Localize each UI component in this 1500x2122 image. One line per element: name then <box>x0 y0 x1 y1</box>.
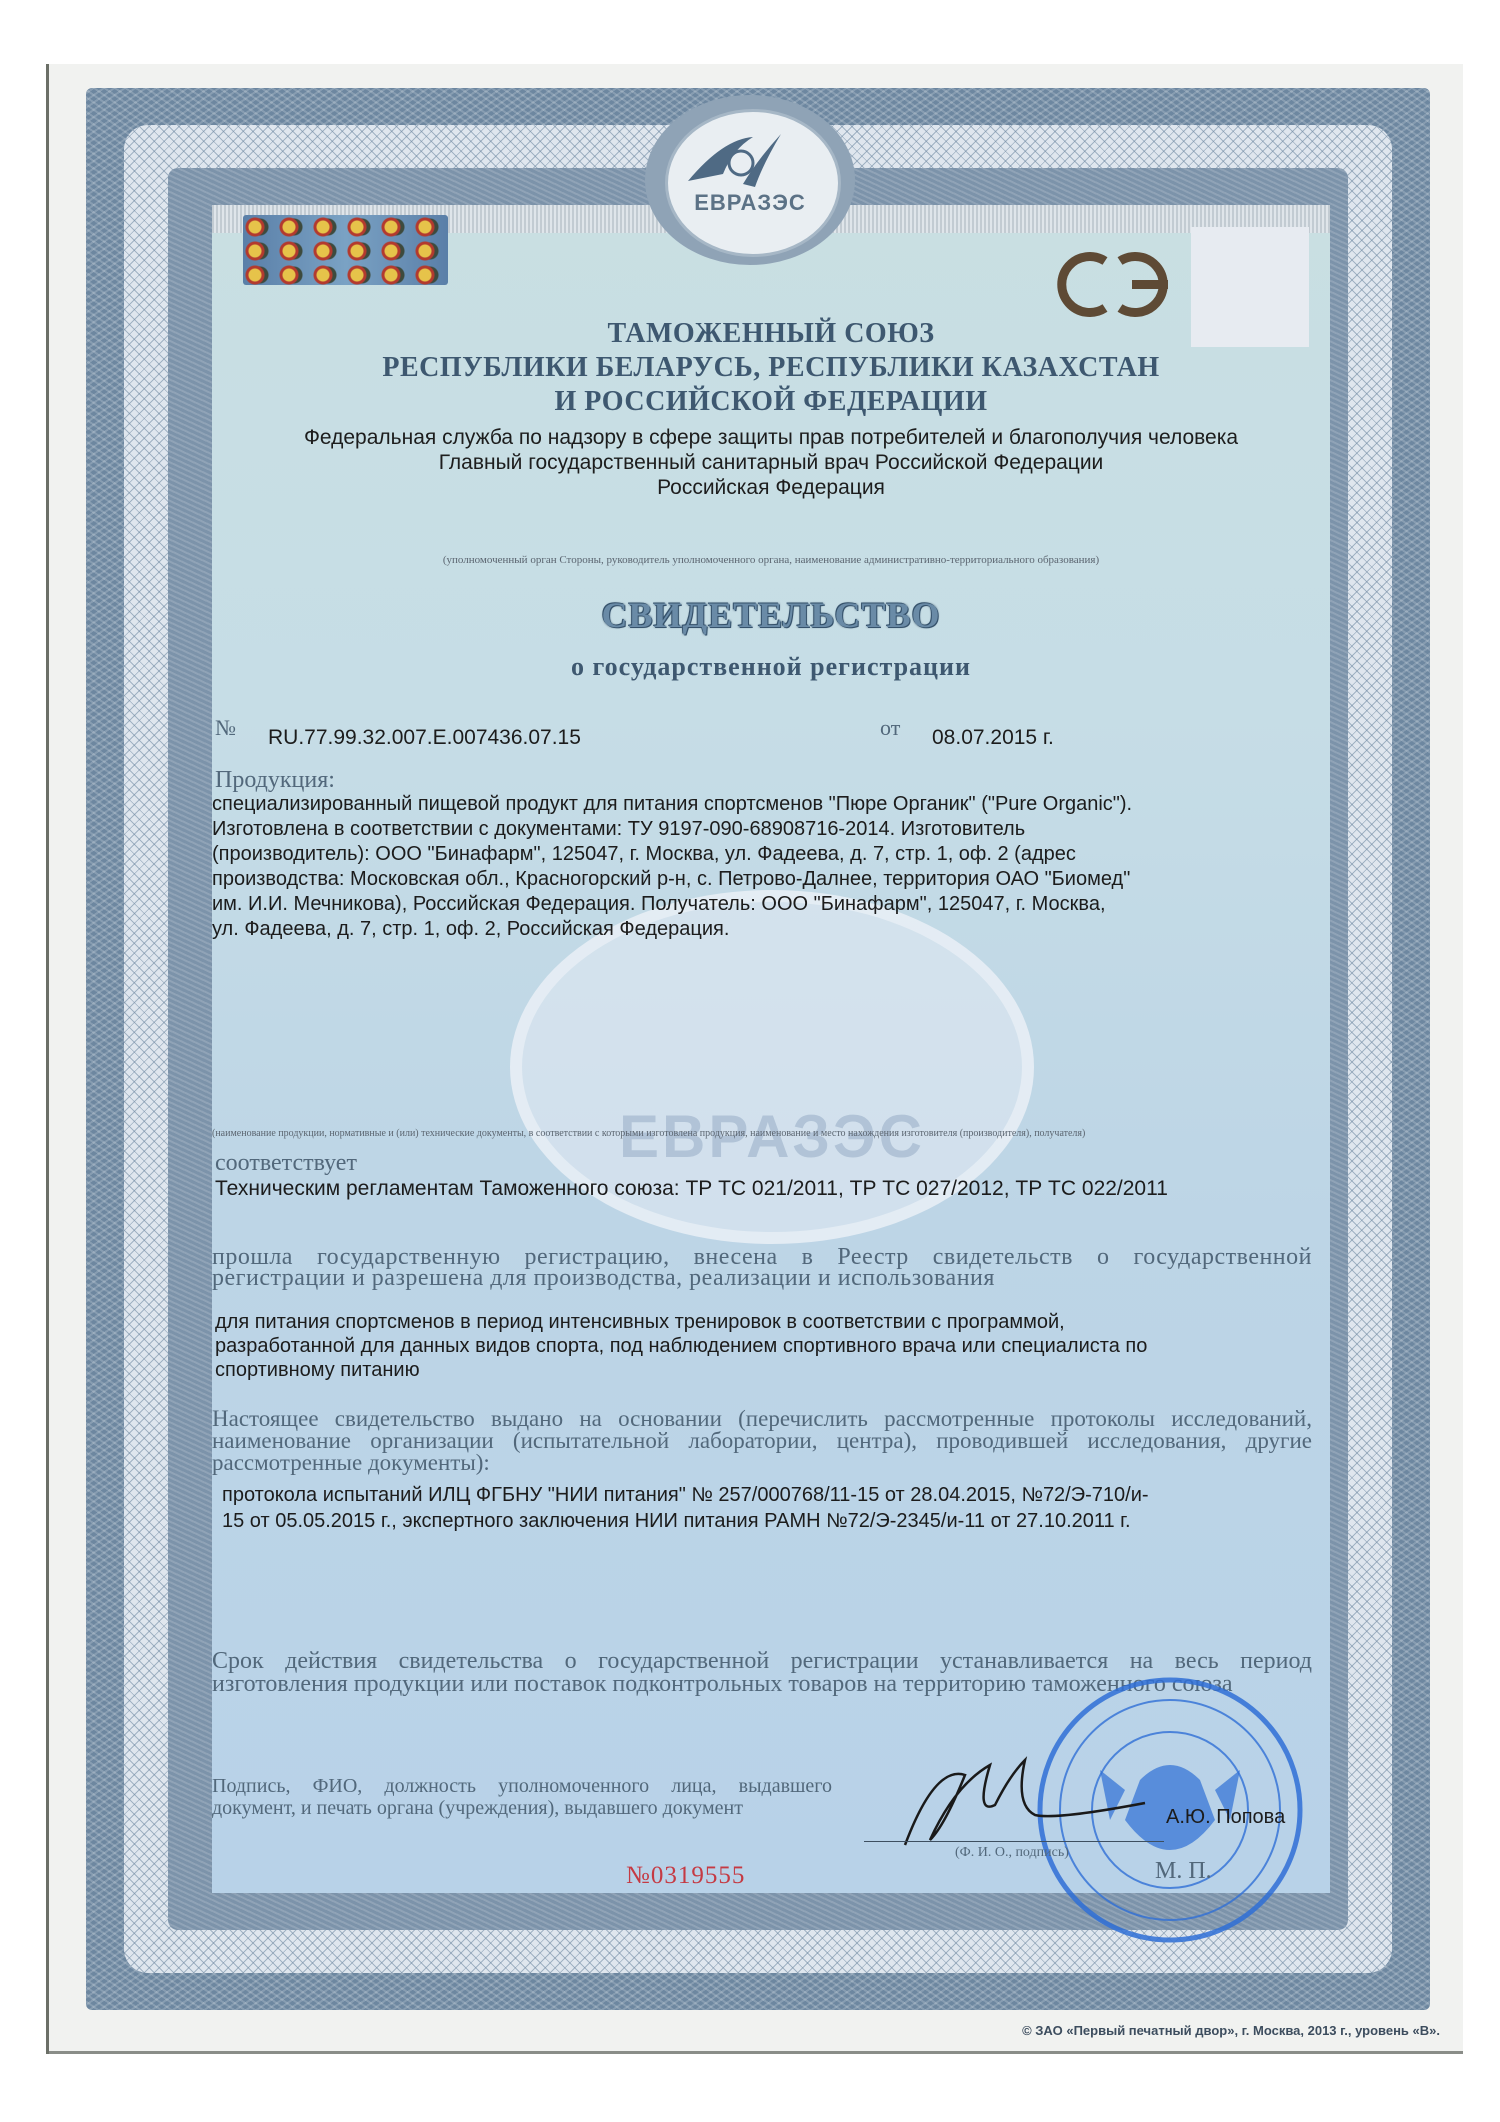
header-line-3: И РОССИЙСКОЙ ФЕДЕРАЦИИ <box>212 386 1330 418</box>
technical-regulations: Техническим регламентам Таможенного союз… <box>215 1176 1168 1201</box>
product-label: Продукция: <box>215 767 335 794</box>
signatory-name: А.Ю. Попова <box>1166 1805 1285 1830</box>
usage-line: разработанной для данных видов спорта, п… <box>215 1334 1335 1358</box>
basis-statement: Настоящее свидетельство выдано на основа… <box>212 1408 1312 1474</box>
product-line: Изготовлена в соответствии с документами… <box>212 817 1332 842</box>
product-caption: (наименование продукции, нормативные и (… <box>212 1128 1330 1139</box>
conformity-mark-icon <box>1050 247 1175 322</box>
signature-line <box>864 1841 1164 1842</box>
product-line: специализированный пищевой продукт для п… <box>212 792 1332 817</box>
hologram-sticker <box>243 215 448 285</box>
document-subtitle: о государственной регистрации <box>212 652 1330 682</box>
header-line-1: ТАМОЖЕННЫЙ СОЮЗ <box>212 318 1330 350</box>
usage-line: спортивному питанию <box>215 1358 1335 1382</box>
basis-documents: протокола испытаний ИЛЦ ФГБНУ "НИИ питан… <box>222 1482 1342 1534</box>
certificate-date: 08.07.2015 г. <box>932 725 1054 750</box>
authority-line-2: Главный государственный санитарный врач … <box>212 450 1330 475</box>
document-title: СВИДЕТЕЛЬСТВО <box>212 594 1330 636</box>
eurasec-swoosh-icon <box>683 129 783 189</box>
eurasec-emblem: ЕВРАЗЭС <box>645 95 855 265</box>
complies-label: соответствует <box>215 1150 357 1177</box>
product-line: (производитель): ООО "Бинафарм", 125047,… <box>212 842 1332 867</box>
product-line: им. И.И. Мечникова), Российская Федераци… <box>212 892 1332 917</box>
product-line: производства: Московская обл., Красногор… <box>212 867 1332 892</box>
number-label: № <box>215 715 236 741</box>
date-label: от <box>880 715 900 741</box>
registration-statement: прошла государственную регистрацию, внес… <box>212 1247 1312 1289</box>
signature-label: Подпись, ФИО, должность уполномоченного … <box>212 1775 832 1819</box>
emblem-label: ЕВРАЗЭС <box>645 190 855 216</box>
basis-line: 15 от 05.05.2015 г., экспертного заключе… <box>222 1508 1342 1534</box>
header-line-2: РЕСПУБЛИКИ БЕЛАРУСЬ, РЕСПУБЛИКИ КАЗАХСТА… <box>212 352 1330 384</box>
form-serial-number: №0319555 <box>626 1862 745 1890</box>
authority-caption: (уполномоченный орган Стороны, руководит… <box>212 554 1330 566</box>
usage-conditions: для питания спортсменов в период интенси… <box>215 1310 1335 1382</box>
product-line: ул. Фадеева, д. 7, стр. 1, оф. 2, Россий… <box>212 917 1332 942</box>
handwritten-signature <box>895 1745 1155 1855</box>
authority-line-3: Российская Федерация <box>212 475 1330 500</box>
certificate-number: RU.77.99.32.007.E.007436.07.15 <box>268 725 581 750</box>
basis-line: протокола испытаний ИЛЦ ФГБНУ "НИИ питан… <box>222 1482 1342 1508</box>
signature-caption: (Ф. И. О., подпись) <box>955 1845 1069 1861</box>
printer-footer: © ЗАО «Первый печатный двор», г. Москва,… <box>1022 2023 1440 2038</box>
authority-line-1: Федеральная служба по надзору в сфере за… <box>212 425 1330 450</box>
seal-mark: М. П. <box>1155 1858 1212 1885</box>
product-description: специализированный пищевой продукт для п… <box>212 792 1332 942</box>
usage-line: для питания спортсменов в период интенси… <box>215 1310 1335 1334</box>
